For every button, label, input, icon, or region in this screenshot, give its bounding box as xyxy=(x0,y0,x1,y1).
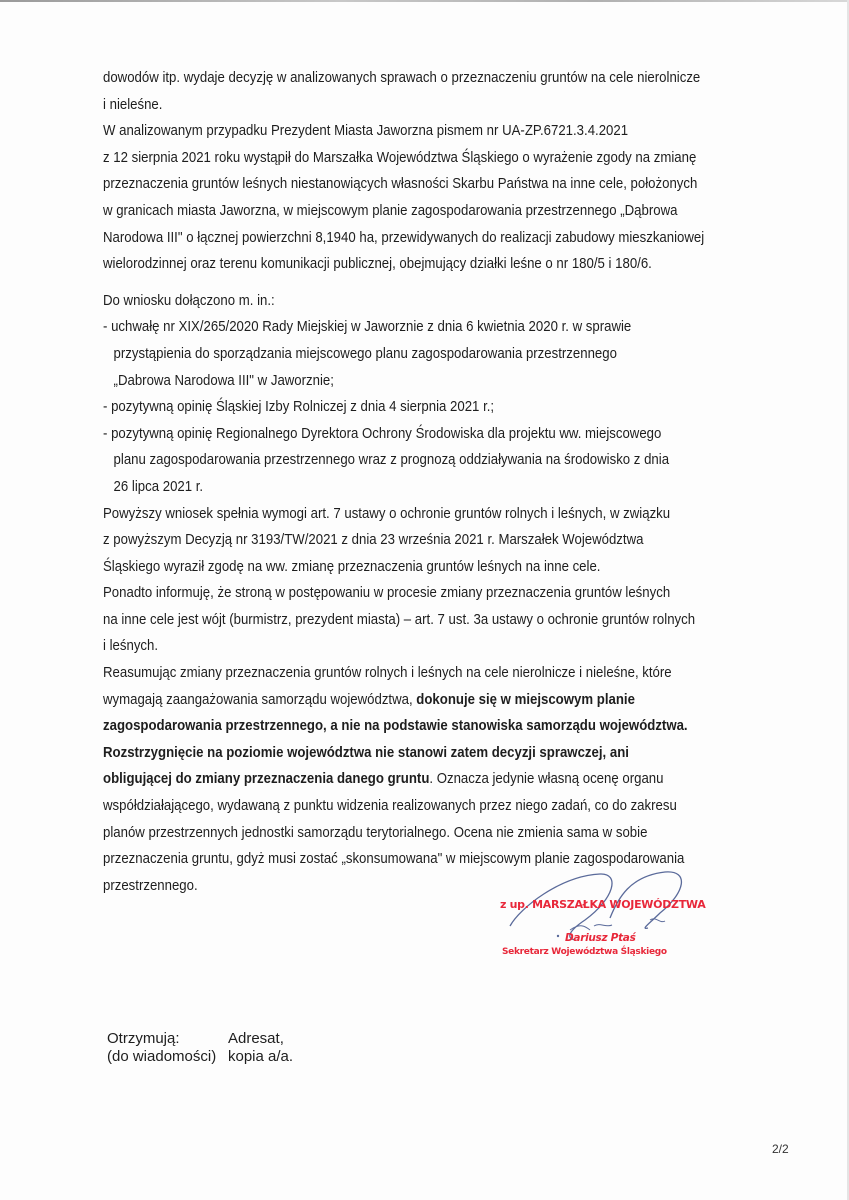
text-line: Ponadto informuję, że stroną w postępowa… xyxy=(103,580,825,607)
stamp-authority: z up. MARSZAŁKA WOJEWÓDZTWA xyxy=(500,898,705,911)
attachment-item-cont: przystąpienia do sporządzania miejscoweg… xyxy=(103,341,835,368)
summary-bold-line: Rozstrzygnięcie na poziomie województwa … xyxy=(103,740,825,767)
summary-bold: obligującej do zmiany przeznaczenia dane… xyxy=(103,770,429,787)
summary-normal: wymagają zaangażowania samorządu wojewód… xyxy=(103,691,416,708)
text-line: Śląskiego wyraził zgodę na ww. zmianę pr… xyxy=(103,554,825,581)
recipients-block: Otrzymują: Adresat, (do wiadomości) kopi… xyxy=(107,1030,293,1066)
text-line: dowodów itp. wydaje decyzję w analizowan… xyxy=(103,65,825,92)
text-line: Narodowa III" o łącznej powierzchni 8,19… xyxy=(103,225,825,252)
text-line: z powyższym Decyzją nr 3193/TW/2021 z dn… xyxy=(103,527,825,554)
summary-line: wymagają zaangażowania samorządu wojewód… xyxy=(103,687,825,714)
text-line: i nieleśne. xyxy=(103,92,825,119)
recipients-value: Adresat, xyxy=(228,1030,284,1048)
text-line: W analizowanym przypadku Prezydent Miast… xyxy=(103,118,825,145)
recipients-label: (do wiadomości) xyxy=(107,1048,228,1066)
page-number: 2/2 xyxy=(772,1142,789,1156)
attachment-item: - pozytywną opinię Śląskiej Izby Rolnicz… xyxy=(103,394,825,421)
summary-normal: . Oznacza jedynie własną ocenę organu xyxy=(429,770,663,787)
signature-stamp: z up. MARSZAŁKA WOJEWÓDZTWA Dariusz Ptaś… xyxy=(490,868,730,968)
summary-line: Reasumując zmiany przeznaczenia gruntów … xyxy=(103,660,825,687)
attachment-item-cont: „Dabrowa Narodowa III" w Jaworznie; xyxy=(103,368,835,395)
summary-bold-line: zagospodarowania przestrzennego, a nie n… xyxy=(103,713,825,740)
text-line: w granicach miasta Jaworzna, w miejscowy… xyxy=(103,198,825,225)
attachment-item-cont: 26 lipca 2021 r. xyxy=(103,474,835,501)
text-line: i leśnych. xyxy=(103,633,825,660)
text-line: na inne cele jest wójt (burmistrz, prezy… xyxy=(103,607,825,634)
summary-line: planów przestrzennych jednostki samorząd… xyxy=(103,820,825,847)
recipients-label: Otrzymują: xyxy=(107,1030,228,1048)
stamp-title: Sekretarz Województwa Śląskiego xyxy=(502,947,667,957)
text-line: wielorodzinnej oraz terenu komunikacji p… xyxy=(103,251,825,278)
attachment-item: - pozytywną opinię Regionalnego Dyrektor… xyxy=(103,421,825,448)
stamp-name: Dariusz Ptaś xyxy=(565,932,636,944)
attachment-item-cont: planu zagospodarowania przestrzennego wr… xyxy=(103,447,835,474)
attachment-item: - uchwałę nr XIX/265/2020 Rady Miejskiej… xyxy=(103,314,825,341)
text-line: Powyższy wniosek spełnia wymogi art. 7 u… xyxy=(103,501,825,528)
scan-top-edge xyxy=(0,0,849,2)
summary-line: współdziałającego, wydawaną z punktu wid… xyxy=(103,793,825,820)
recipients-value: kopia a/a. xyxy=(228,1048,293,1066)
text-line: przeznaczenia gruntów leśnych niestanowi… xyxy=(103,171,825,198)
attachments-intro: Do wniosku dołączono m. in.: xyxy=(103,288,825,315)
letter-body: dowodów itp. wydaje decyzję w analizowan… xyxy=(103,65,823,899)
text-line: z 12 sierpnia 2021 roku wystąpił do Mars… xyxy=(103,145,825,172)
summary-bold: dokonuje się w miejscowym planie xyxy=(416,691,635,708)
summary-line: obligującej do zmiany przeznaczenia dane… xyxy=(103,766,825,793)
